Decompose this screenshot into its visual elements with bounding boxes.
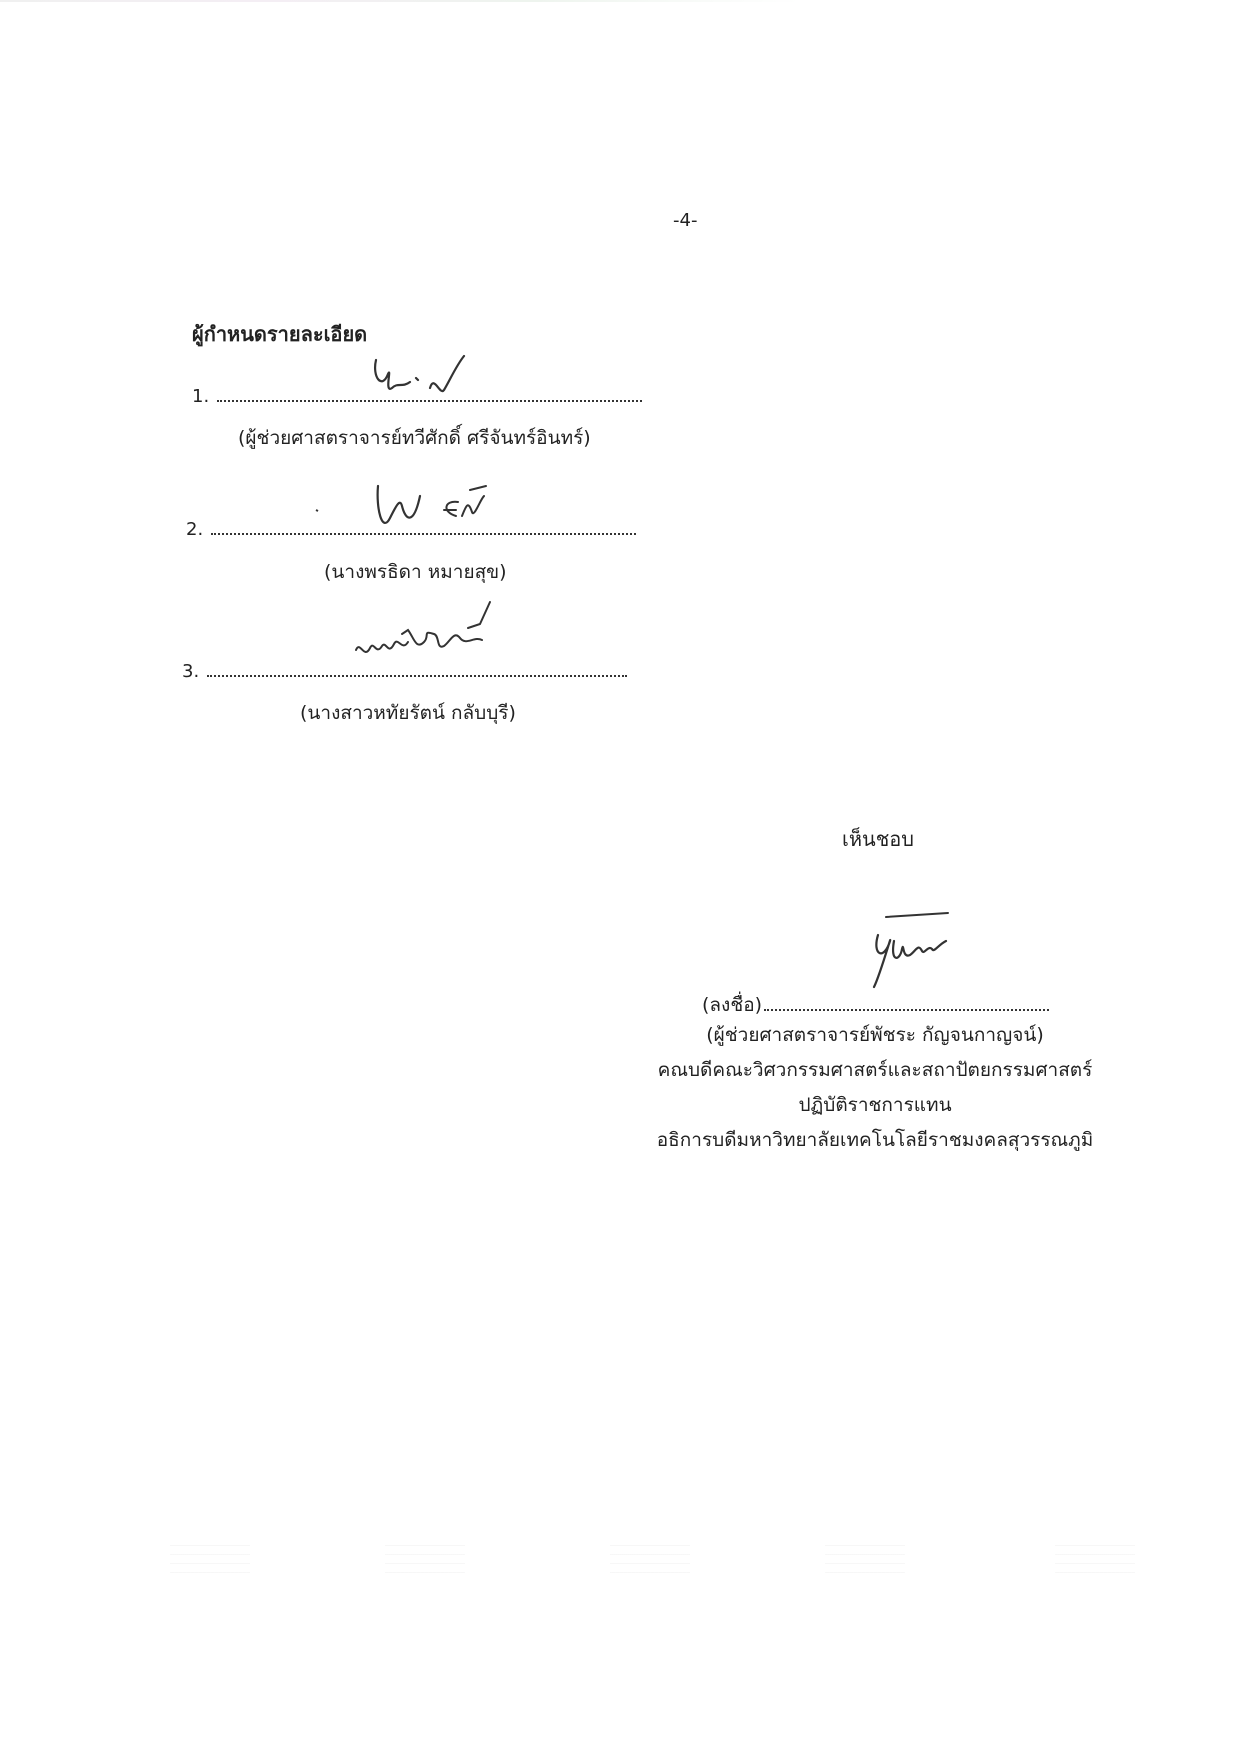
approval-label: เห็นชอบ [842,823,914,855]
scan-artifact [385,1545,465,1580]
page-number: -4- [673,210,697,231]
dotted-line [217,398,642,402]
approver-name: (ผู้ช่วยศาสตราจารย์พัชระ กัญจนกาญจน์) [640,1018,1110,1053]
scan-artifact [170,1545,250,1580]
signer-name-3: (นางสาวหทัยรัตน์ กลับบุรี) [300,698,516,728]
section-heading: ผู้กำหนดรายละเอียด [192,318,367,350]
scan-artifact [610,1545,690,1580]
item-number: 3. [182,661,199,682]
signer-name-2: (นางพรธิดา หมายสุข) [324,557,507,587]
signature-line-2: 2. [186,519,636,540]
scan-artifact [825,1545,905,1580]
scan-artifact [1055,1545,1135,1580]
item-number: 2. [186,519,203,540]
dotted-line [207,673,627,677]
scan-top-edge [0,0,800,2]
approver-position-3: อธิการบดีมหาวิทยาลัยเทคโนโลยีราชมงคลสุวร… [640,1123,1110,1158]
sign-prefix: (ลงชื่อ) [702,994,762,1016]
signature-line-1: 1. [192,386,642,407]
signature-line-3: 3. [182,661,627,682]
approver-signature [860,905,970,995]
signature-3 [350,600,500,670]
dotted-line [764,1007,1049,1011]
dotted-line [211,531,636,535]
approver-position-2: ปฏิบัติราชการแทน [640,1088,1110,1123]
approver-position-1: คณบดีคณะวิศวกรรมศาสตร์และสถาปัตยกรรมศาสต… [640,1053,1110,1088]
signer-name-1: (ผู้ช่วยศาสตราจารย์ทวีศักดิ์ ศรีจันทร์อิ… [238,423,591,453]
approver-signature-line: (ลงชื่อ) [702,990,1049,1020]
approver-details: (ผู้ช่วยศาสตราจารย์พัชระ กัญจนกาญจน์) คณ… [640,1018,1110,1158]
item-number: 1. [192,386,209,407]
